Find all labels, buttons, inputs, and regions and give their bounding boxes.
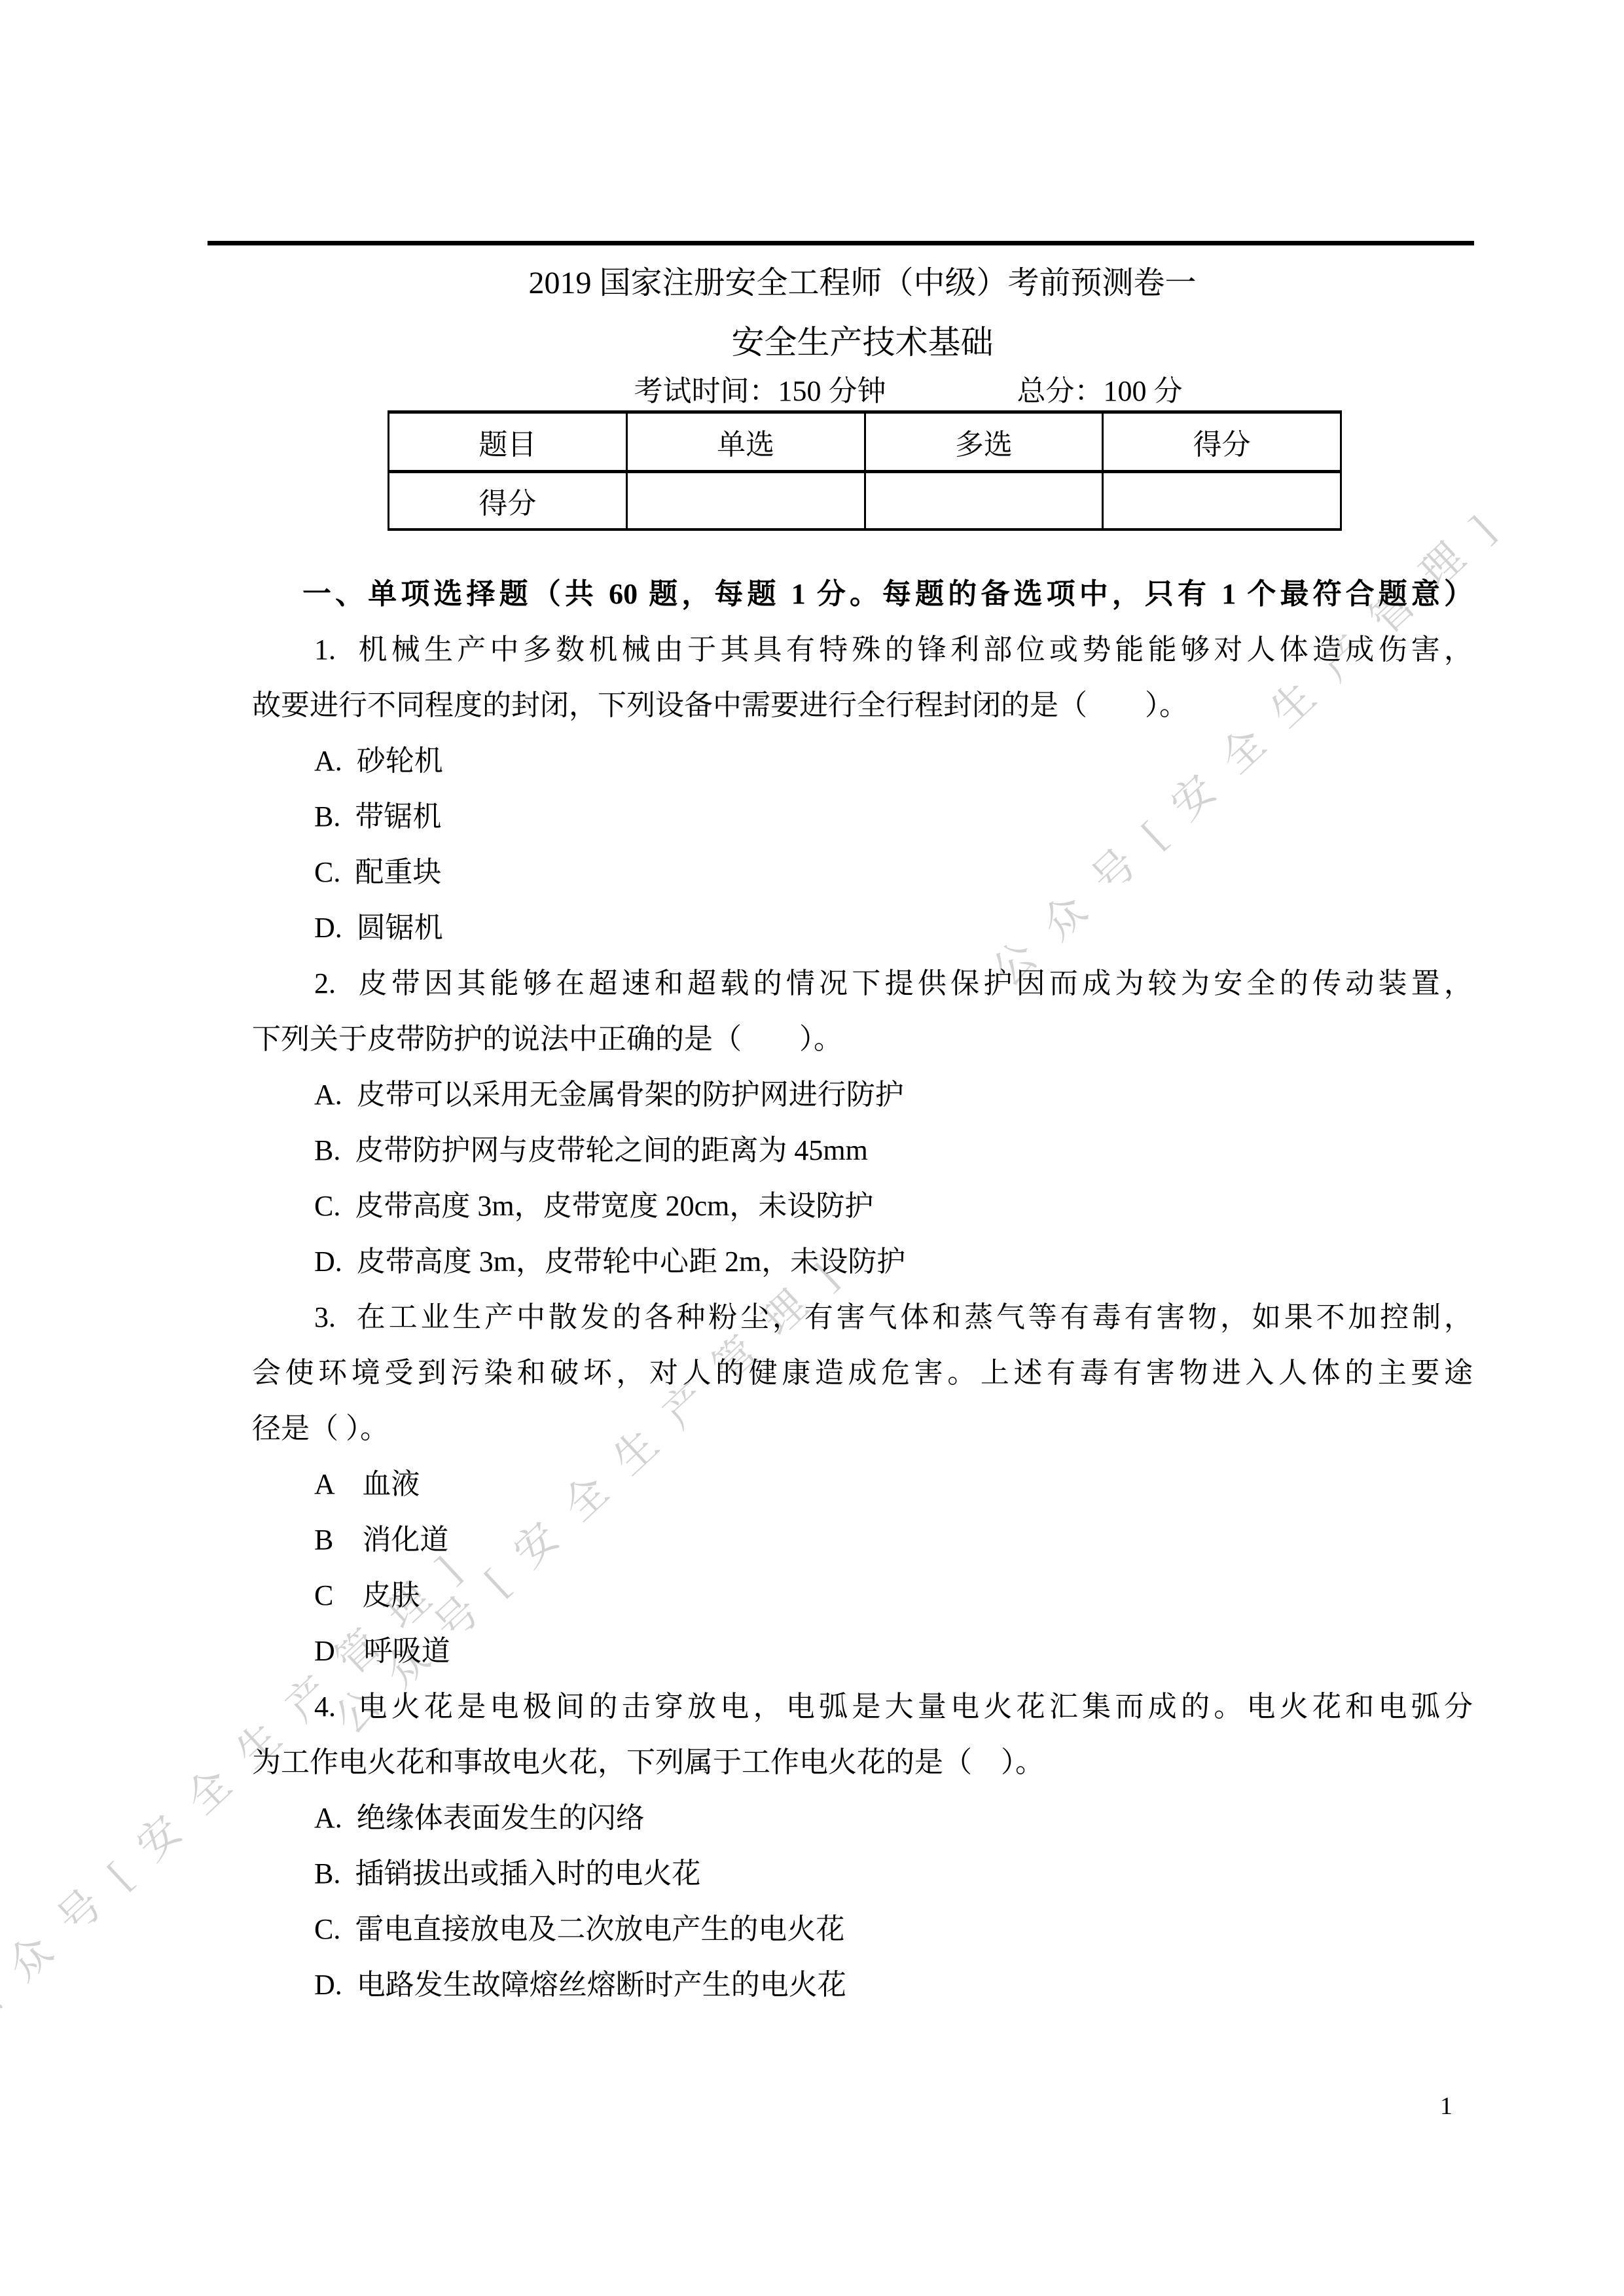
question-3-option-c: C 皮肤: [252, 1568, 1473, 1623]
question-4-line-1: 4. 电火花是电极间的击穿放电，电弧是大量电火花汇集而成的。电火花和电弧分: [252, 1679, 1473, 1734]
score-table: 题目 单选 多选 得分 得分: [388, 410, 1342, 531]
question-1-line-1: 1. 机械生产中多数机械由于其具有特殊的锋利部位或势能能够对人体造成伤害，: [252, 622, 1473, 677]
score-table-empty-cell: [1103, 472, 1341, 530]
question-2-option-d: D. 皮带高度 3m，皮带轮中心距 2m，未设防护: [252, 1234, 1473, 1289]
question-4-option-b: B. 插销拔出或插入时的电火花: [252, 1846, 1473, 1901]
question-2-option-a: A. 皮带可以采用无金属骨架的防护网进行防护: [252, 1067, 1473, 1122]
question-3-line-3: 径是（ ）。: [252, 1401, 1473, 1456]
question-body: 一、单项选择题（共 60 题，每题 1 分。每题的备选项中，只有 1 个最符合题…: [252, 566, 1473, 2013]
exam-page: 公众号[安全生产管理] 公众号[安全生产管理] 公众号[安全生产管理] 2019…: [0, 0, 1624, 2296]
question-2-option-c: C. 皮带高度 3m，皮带宽度 20cm，未设防护: [252, 1178, 1473, 1234]
question-4-option-a: A. 绝缘体表面发生的闪络: [252, 1790, 1473, 1846]
score-table-header-single-choice: 单选: [626, 412, 865, 472]
question-3-line-1: 3. 在工业生产中散发的各种粉尘，有害气体和蒸气等有毒有害物，如果不加控制，: [252, 1289, 1473, 1345]
score-table-score-row: 得分: [389, 472, 1341, 530]
score-table-empty-cell: [865, 472, 1103, 530]
question-3-option-d: D 呼吸道: [252, 1623, 1473, 1679]
header-rule: [208, 241, 1474, 245]
score-table-header-score: 得分: [1103, 412, 1341, 472]
page-title: 2019 国家注册安全工程师（中级）考前预测卷一: [252, 263, 1473, 304]
question-1-option-c: C. 配重块: [252, 844, 1473, 900]
question-4-option-c: C. 雷电直接放电及二次放电产生的电火花: [252, 1901, 1473, 1957]
question-3-option-a: A 血液: [252, 1456, 1473, 1512]
question-1-option-b: B. 带锯机: [252, 789, 1473, 844]
score-table-header-row: 题目 单选 多选 得分: [389, 412, 1341, 472]
score-table-header-multi-choice: 多选: [865, 412, 1103, 472]
page-number: 1: [1440, 2091, 1453, 2121]
total-score-label: 总分：100 分: [1017, 374, 1183, 408]
question-3-option-b: B 消化道: [252, 1512, 1473, 1568]
question-1-option-a: A. 砂轮机: [252, 733, 1473, 789]
page-subtitle: 安全生产技术基础: [252, 322, 1473, 363]
exam-meta-line: 考试时间：150 分钟 总分：100 分: [298, 374, 1519, 408]
question-2-line-1: 2. 皮带因其能够在超速和超载的情况下提供保护因而成为较为安全的传动装置，: [252, 956, 1473, 1011]
question-4-line-2: 为工作电火花和事故电火花，下列属于工作电火花的是（ ）。: [252, 1734, 1473, 1790]
section-heading: 一、单项选择题（共 60 题，每题 1 分。每题的备选项中，只有 1 个最符合题…: [252, 566, 1473, 622]
question-1-line-2: 故要进行不同程度的封闭，下列设备中需要进行全行程封闭的是（ ）。: [252, 677, 1473, 733]
question-1-option-d: D. 圆锯机: [252, 900, 1473, 956]
score-table-header-topic: 题目: [389, 412, 627, 472]
score-table-empty-cell: [626, 472, 865, 530]
question-4-option-d: D. 电路发生故障熔丝熔断时产生的电火花: [252, 1957, 1473, 2013]
score-table-row-label: 得分: [389, 472, 627, 530]
exam-time-label: 考试时间：150 分钟: [634, 374, 886, 408]
question-2-option-b: B. 皮带防护网与皮带轮之间的距离为 45mm: [252, 1122, 1473, 1178]
question-2-line-2: 下列关于皮带防护的说法中正确的是（ ）。: [252, 1011, 1473, 1067]
question-3-line-2: 会使环境受到污染和破坏，对人的健康造成危害。上述有毒有害物进入人体的主要途: [252, 1345, 1473, 1401]
